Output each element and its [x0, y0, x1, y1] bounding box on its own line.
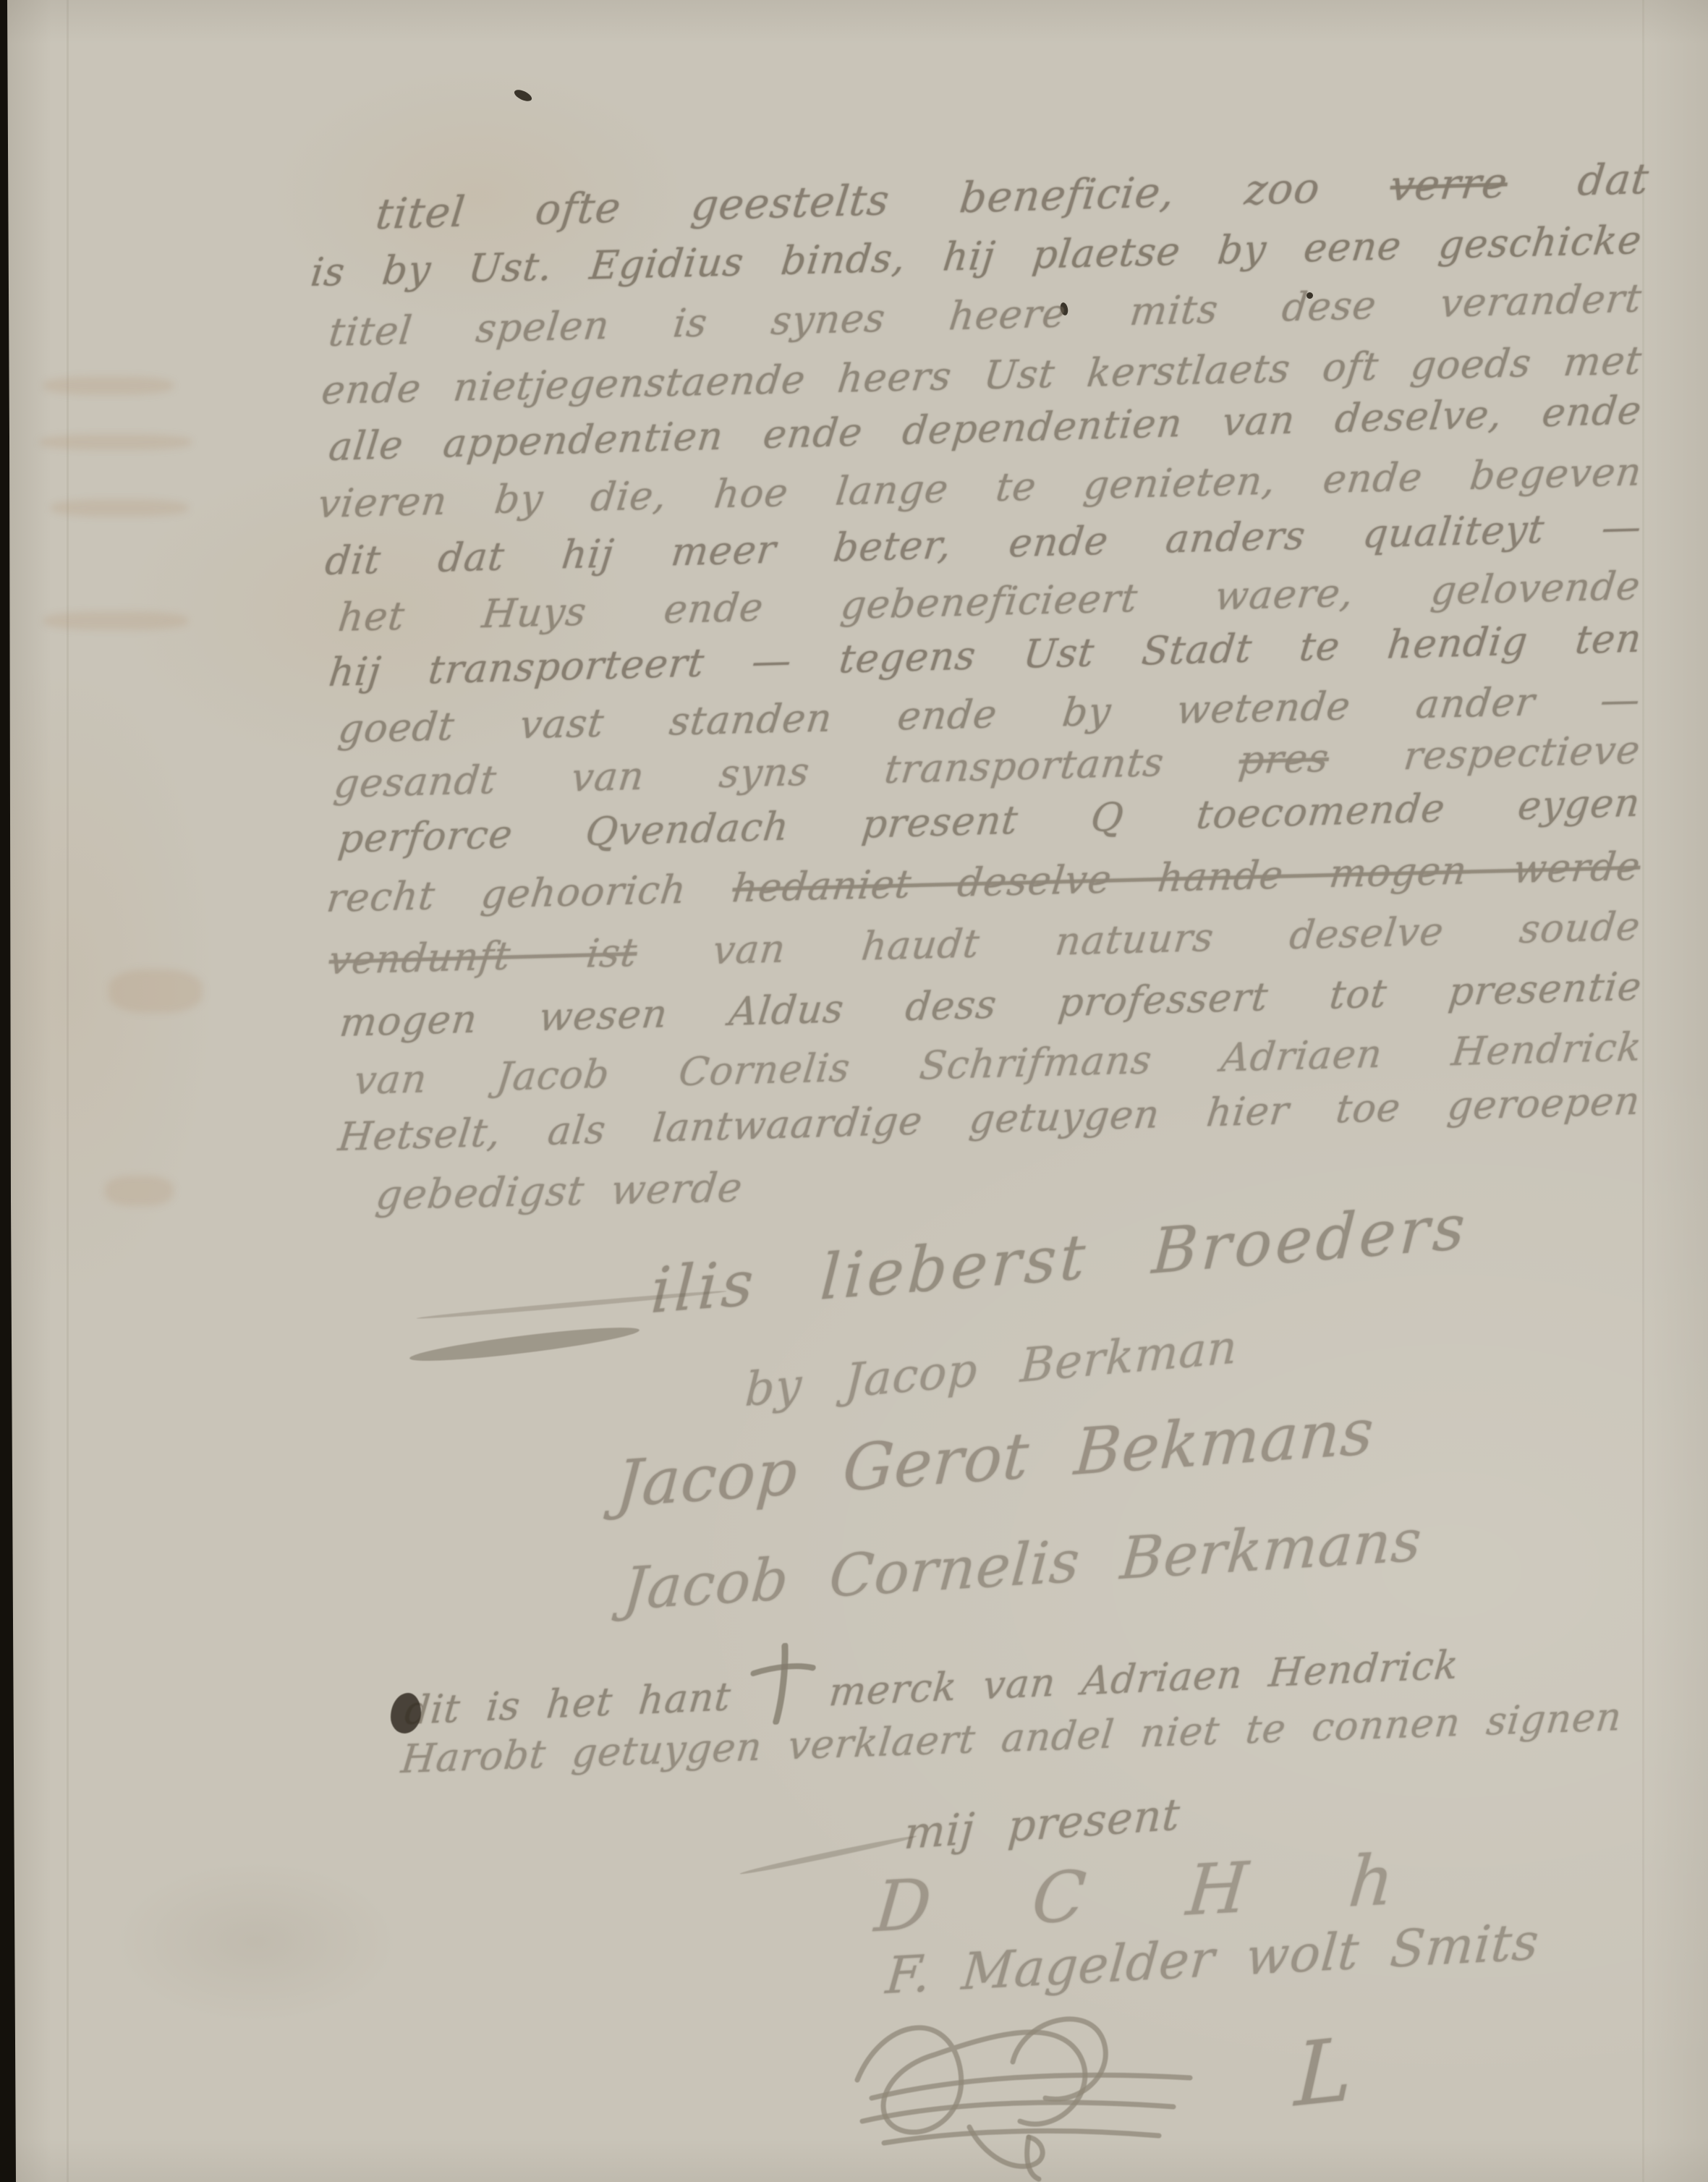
signature-text: by Jacop Berkman	[744, 1320, 1239, 1417]
heavy-pen-dash	[409, 1322, 641, 1367]
attestation-text: dit is het hant	[403, 1673, 734, 1733]
signature-flourish: L	[1293, 2019, 1355, 2127]
struck-text: pres	[1236, 735, 1331, 783]
signature-line: Jacob Cornelis Berkmans	[621, 1506, 1424, 1623]
manuscript-text: respectieve	[1326, 727, 1643, 781]
struck-scribble-signature	[839, 1990, 1244, 2182]
struck-text: vendunft ist	[326, 930, 640, 983]
manuscript-text: gebedigst werde	[373, 1164, 745, 1219]
closing-text: mij present	[903, 1789, 1182, 1859]
manuscript-text: dat	[1505, 154, 1652, 208]
manuscript-page: titel ofte geestelts beneficie, zoo verr…	[0, 0, 1708, 2182]
signature-text: Jacop Gerot Bekmans	[613, 1393, 1377, 1521]
hand-cross-mark-icon	[744, 1642, 818, 1726]
manuscript-text: van haudt natuurs deselve soude	[634, 903, 1643, 975]
manuscript-line: gebedigst werde	[373, 1164, 745, 1219]
signature-line: Jacop Gerot Bekmans	[613, 1393, 1377, 1521]
closing-present-line: mij present	[903, 1789, 1182, 1859]
signature-line: by Jacop Berkman	[744, 1320, 1239, 1417]
struck-text: verre	[1388, 158, 1510, 211]
flourish-text: L	[1293, 2019, 1355, 2127]
handwriting-layer: titel ofte geestelts beneficie, zoo verr…	[0, 0, 1708, 2182]
signature-text: Jacob Cornelis Berkmans	[621, 1506, 1424, 1623]
struck-text: hedaniet deselve hande mogen werde	[730, 844, 1643, 912]
signature-text: ilis lieberst Broeders	[649, 1191, 1471, 1328]
signature-line: ilis lieberst Broeders	[649, 1191, 1471, 1328]
manuscript-text: recht gehoorich	[324, 865, 735, 921]
